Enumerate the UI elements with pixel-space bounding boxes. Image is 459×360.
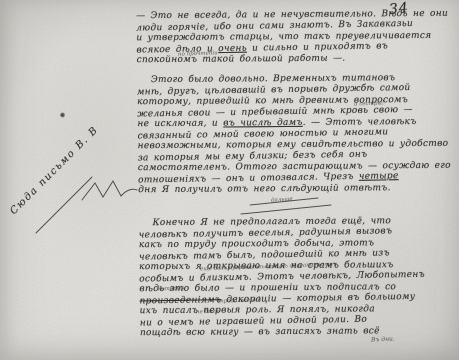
paragraph-1: — Это не всегда, да и не нечувствительно…	[136, 8, 437, 67]
interline-note-4: которыя	[158, 286, 185, 293]
manuscript-line: дня Я получилъ отъ него слѣдующій отвѣтъ…	[138, 183, 438, 196]
manuscript-scan-page: 34 — Это не всегда, да и не нечувствител…	[0, 0, 459, 360]
manuscript-line: пощадѣ всю книгу — въ записяхъ знать всё	[140, 326, 440, 339]
paragraph-3: Конечно Я не предполагалъ тогда ещё, что…	[139, 215, 440, 340]
margin-note-diagonal: Сюда письмо В. В	[8, 124, 101, 217]
interline-note-2: и сестры!	[354, 100, 384, 107]
interline-note-6: не былъ	[196, 309, 220, 316]
bottom-corner-note: Въ дни.	[371, 335, 395, 343]
ink-blot	[60, 112, 65, 118]
margin-flourish-zigzag	[82, 181, 137, 200]
paragraph-2: Этого было довольно. Временныхъ титановъ…	[137, 72, 438, 197]
